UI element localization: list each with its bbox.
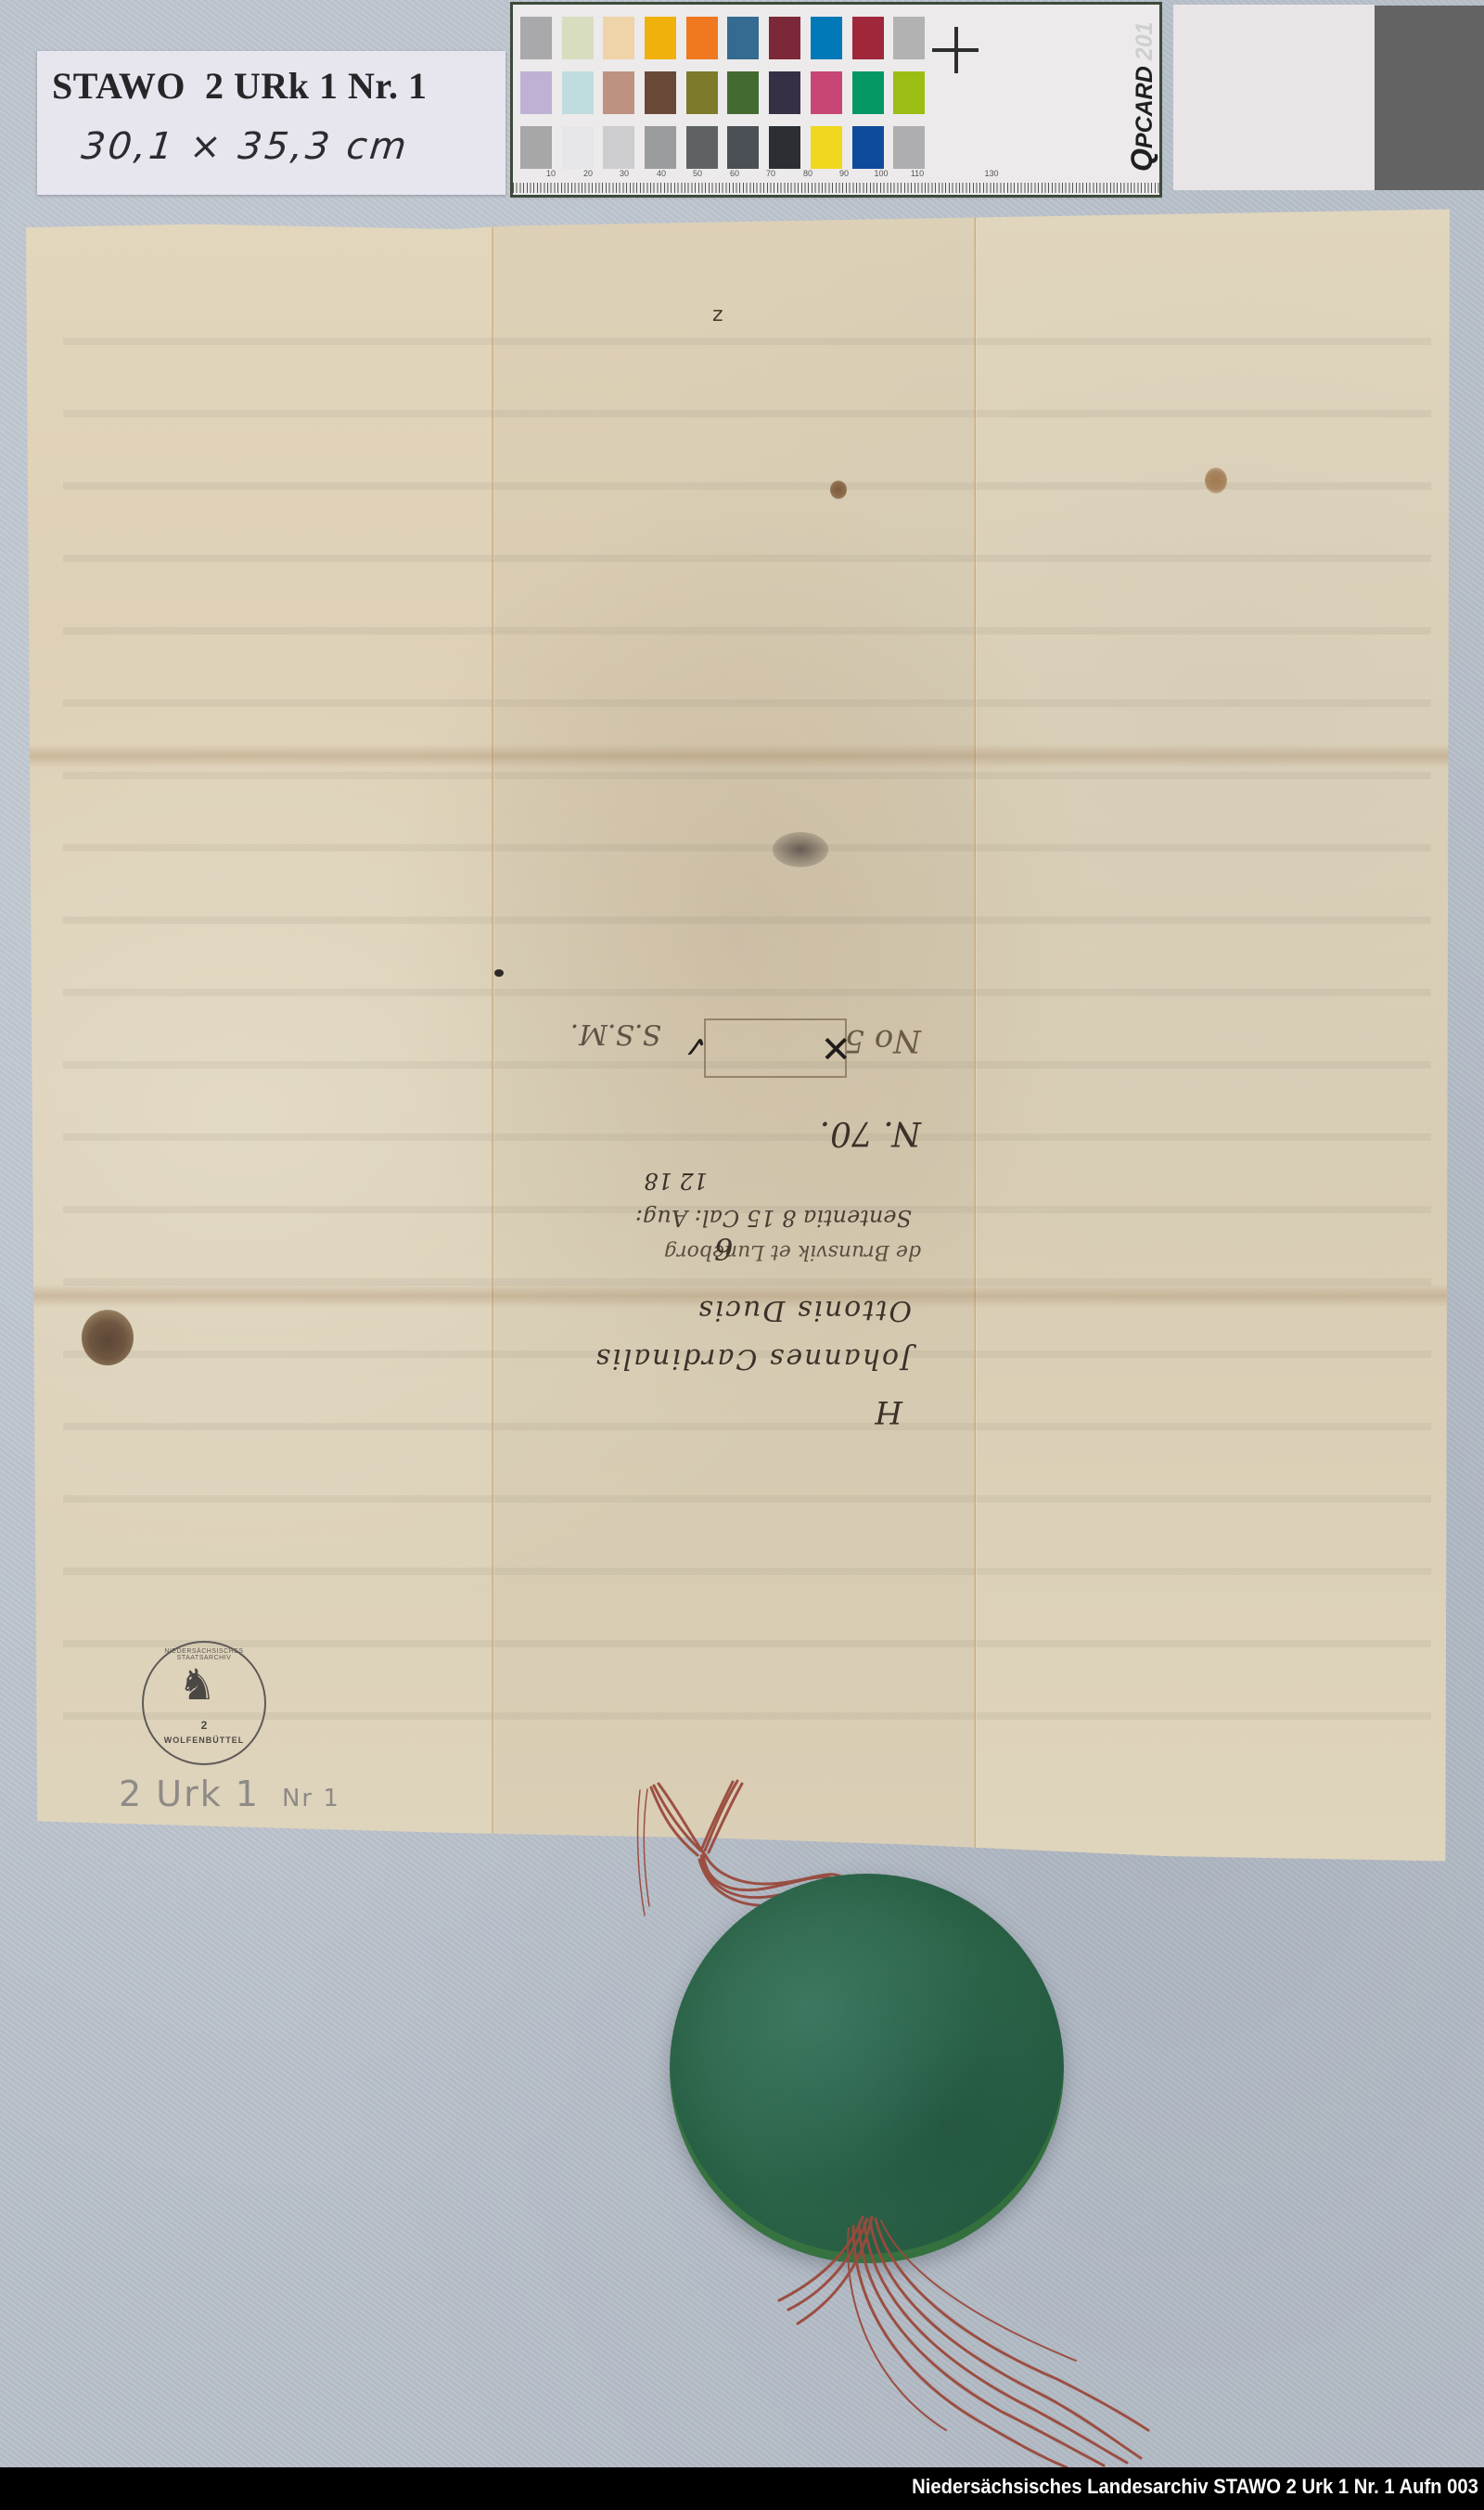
color-patch <box>769 71 800 114</box>
color-patch <box>727 17 759 59</box>
horizontal-fold-upper <box>26 744 1450 768</box>
stain-dot <box>830 480 847 499</box>
color-patch <box>852 126 884 169</box>
ruler-label: 90 <box>839 169 849 178</box>
stamp-bottom-text: WOLFENBÜTTEL <box>144 1735 264 1745</box>
color-patch <box>852 71 884 114</box>
ruler-label: 70 <box>766 169 775 178</box>
stamp-top-text: NIEDERSÄCHSISCHES STAATSARCHIV <box>144 1648 264 1661</box>
archive-caption-bar: Niedersächsisches Landesarchiv STAWO 2 U… <box>0 2467 1484 2510</box>
stamp-number: 2 <box>144 1719 264 1732</box>
centimeter-ruler: 102030405060708090100110130 <box>513 169 1159 195</box>
shelfmark-title: STAWO 2 URk 1 Nr. 1 <box>52 64 428 108</box>
green-wax-seal <box>670 1874 1064 2263</box>
ruler-label: 60 <box>730 169 739 178</box>
dorsal-endorsement: H Johannes Cardinalis Ottonis Ducis de B… <box>531 837 940 1430</box>
seal-cord-lower <box>761 2208 1150 2467</box>
color-patch <box>686 71 718 114</box>
color-patch <box>893 17 925 59</box>
ruler-label: 20 <box>583 169 593 178</box>
vertical-fold-right <box>974 206 977 1864</box>
endorsement-date: 12 18 <box>644 1168 708 1194</box>
endorsement-shelf-suffix: S.S.M. <box>570 1018 661 1050</box>
color-patch <box>893 126 925 169</box>
ruler-label: 30 <box>620 169 629 178</box>
color-patch <box>603 17 634 59</box>
endorsement-line-2: Ottonis Ducis <box>697 1294 912 1326</box>
archive-stamp: NIEDERSÄCHSISCHES STAATSARCHIV ♞ 2 WOLFE… <box>142 1641 266 1765</box>
verso-mark-z: z <box>712 303 723 327</box>
ruler-label: 40 <box>657 169 666 178</box>
color-patch <box>769 17 800 59</box>
color-patch <box>893 71 925 114</box>
stain-dot <box>1205 467 1227 493</box>
registration-cross-icon <box>932 27 979 73</box>
endorsement-symbol: H <box>875 1393 902 1430</box>
ruler-label: 130 <box>984 169 998 178</box>
ruler-label: 110 <box>911 169 924 178</box>
color-patch <box>562 71 594 114</box>
color-patch <box>645 71 676 114</box>
dark-grey-reference-patch <box>1375 6 1484 190</box>
color-patch <box>520 71 552 114</box>
color-patch <box>852 17 884 59</box>
brand-version: 201 <box>1132 21 1158 60</box>
pencil-signature-main: 2 Urk 1 <box>119 1774 260 1814</box>
ruler-label: 50 <box>693 169 702 178</box>
white-reference-patch <box>1173 5 1375 190</box>
ruler-label: 100 <box>874 169 888 178</box>
color-patch <box>727 126 759 169</box>
color-patch <box>562 17 594 59</box>
archive-caption: Niedersächsisches Landesarchiv STAWO 2 U… <box>912 2475 1478 2499</box>
color-patch <box>603 126 634 169</box>
color-card-brand: QPCARD201 <box>1125 21 1159 172</box>
endorsement-line-1: Johannes Cardinalis <box>595 1342 912 1375</box>
color-patch <box>645 126 676 169</box>
color-patch <box>727 71 759 114</box>
color-patch-grid <box>520 17 925 169</box>
ruler-label: 80 <box>803 169 812 178</box>
color-patch <box>686 17 718 59</box>
ruler-ticks <box>513 183 1159 193</box>
endorsement-line-3: de Brunsvik et Luneborg <box>664 1240 921 1263</box>
color-patch <box>645 17 676 59</box>
color-patch <box>769 126 800 169</box>
horse-emblem-icon: ♞ <box>178 1663 216 1706</box>
brand-name: PCARD <box>1132 66 1158 148</box>
color-patch <box>520 126 552 169</box>
endorsement-line-4: Sententia 8 15 Cal: Aug: <box>635 1205 912 1231</box>
color-reference-card: QPCARD201 102030405060708090100110130 <box>513 5 1159 195</box>
ruler-label: 10 <box>546 169 556 178</box>
document-dimensions: 30,1 × 35,3 cm <box>80 125 412 168</box>
endorsement-shelfmark: No 5 <box>844 1022 921 1059</box>
stain-large <box>82 1310 134 1365</box>
color-patch <box>562 126 594 169</box>
verso-mark-6: 6 <box>714 1231 733 1266</box>
color-patch <box>811 71 842 114</box>
ink-mark <box>494 969 504 977</box>
check-mark-icon: ✓ <box>683 1029 708 1064</box>
vertical-fold-left <box>492 206 494 1864</box>
color-patch <box>811 126 842 169</box>
shelfmark-label-card: STAWO 2 URk 1 Nr. 1 30,1 × 35,3 cm <box>37 51 505 195</box>
pencil-signature: 2 Urk 1Nr 1 <box>119 1774 340 1814</box>
color-patch <box>686 126 718 169</box>
color-patch <box>811 17 842 59</box>
pencil-signature-small: Nr 1 <box>282 1785 340 1812</box>
parchment-charter-verso: z H Johannes Cardinalis Ottonis Ducis de… <box>26 206 1450 1864</box>
color-patch <box>603 71 634 114</box>
endorsement-number: N. 70. <box>820 1114 921 1152</box>
color-patch <box>520 17 552 59</box>
